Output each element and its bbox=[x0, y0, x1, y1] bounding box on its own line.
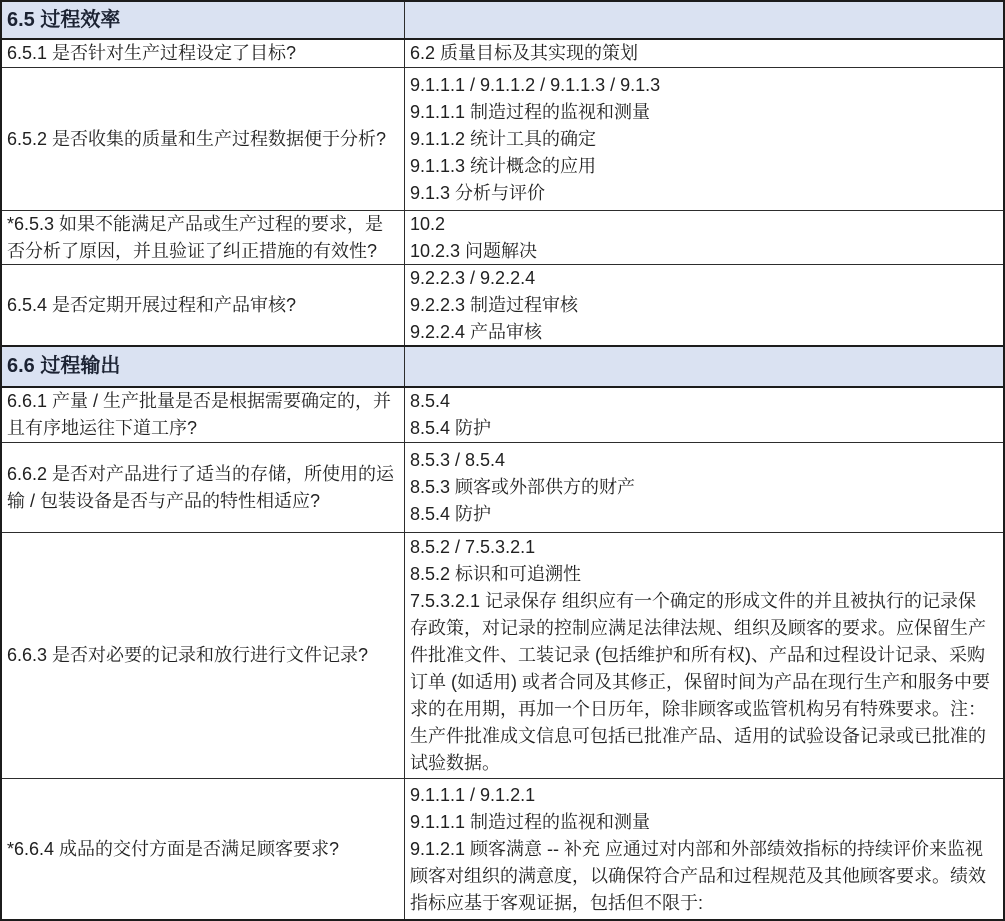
table-row-6-5-1: 6.5.1 是否针对生产过程设定了目标? 6.2 质量目标及其实现的策划 bbox=[2, 40, 1003, 67]
table-row-6-6-3: 6.6.3 是否对必要的记录和放行进行文件记录? 8.5.2 / 7.5.3.2… bbox=[2, 532, 1003, 778]
clauses-text: 8.5.2 / 7.5.3.2.1 8.5.2 标识和可追溯性 7.5.3.2.… bbox=[410, 534, 993, 777]
section-header-empty-cell bbox=[405, 2, 1003, 38]
clauses-text: 9.2.2.3 / 9.2.2.4 9.2.2.3 制造过程审核 9.2.2.4… bbox=[410, 265, 578, 345]
table-row-6-6-1: 6.6.1 产量 / 生产批量是否是根据需要确定的，并且有序地运往下道工序? 8… bbox=[2, 388, 1003, 442]
section-title: 6.5 过程效率 bbox=[7, 7, 120, 34]
question-text: *6.5.3 如果不能满足产品或生产过程的要求，是否分析了原因，并且验证了纠正措… bbox=[7, 211, 399, 264]
clauses-text: 9.1.1.1 / 9.1.2.1 9.1.1.1 制造过程的监视和测量 9.1… bbox=[410, 782, 993, 917]
audit-checklist-table: 6.5 过程效率 6.5.1 是否针对生产过程设定了目标? 6.2 质量目标及其… bbox=[0, 0, 1005, 921]
section-header-6-6: 6.6 过程输出 bbox=[2, 345, 1003, 388]
question-text: 6.5.2 是否收集的质量和生产过程数据便于分析? bbox=[7, 126, 386, 153]
question-cell: 6.5.1 是否针对生产过程设定了目标? bbox=[2, 40, 405, 67]
clauses-cell: 9.1.1.1 / 9.1.2.1 9.1.1.1 制造过程的监视和测量 9.1… bbox=[405, 779, 1003, 919]
clauses-cell: 6.2 质量目标及其实现的策划 bbox=[405, 40, 1003, 67]
clauses-text: 9.1.1.1 / 9.1.1.2 / 9.1.1.3 / 9.1.3 9.1.… bbox=[410, 72, 660, 207]
clauses-cell: 8.5.4 8.5.4 防护 bbox=[405, 388, 1003, 442]
question-cell: 6.6.3 是否对必要的记录和放行进行文件记录? bbox=[2, 533, 405, 778]
question-cell: *6.5.3 如果不能满足产品或生产过程的要求，是否分析了原因，并且验证了纠正措… bbox=[2, 211, 405, 264]
table-row-6-6-2: 6.6.2 是否对产品进行了适当的存储，所使用的运输 / 包装设备是否与产品的特… bbox=[2, 442, 1003, 532]
section-header-empty-cell bbox=[405, 347, 1003, 386]
question-cell: *6.6.4 成品的交付方面是否满足顾客要求? bbox=[2, 779, 405, 919]
question-text: 6.5.1 是否针对生产过程设定了目标? bbox=[7, 40, 296, 67]
clauses-text: 6.2 质量目标及其实现的策划 bbox=[410, 40, 638, 67]
clauses-cell: 9.1.1.1 / 9.1.1.2 / 9.1.1.3 / 9.1.3 9.1.… bbox=[405, 68, 1003, 210]
question-text: 6.6.2 是否对产品进行了适当的存储，所使用的运输 / 包装设备是否与产品的特… bbox=[7, 461, 399, 515]
question-cell: 6.5.2 是否收集的质量和生产过程数据便于分析? bbox=[2, 68, 405, 210]
question-text: 6.6.1 产量 / 生产批量是否是根据需要确定的，并且有序地运往下道工序? bbox=[7, 388, 399, 442]
clauses-text: 8.5.4 8.5.4 防护 bbox=[410, 388, 491, 442]
table-row-6-5-3: *6.5.3 如果不能满足产品或生产过程的要求，是否分析了原因，并且验证了纠正措… bbox=[2, 210, 1003, 264]
question-text: 6.6.3 是否对必要的记录和放行进行文件记录? bbox=[7, 642, 368, 669]
clauses-cell: 8.5.3 / 8.5.4 8.5.3 顾客或外部供方的财产 8.5.4 防护 bbox=[405, 443, 1003, 532]
section-header-6-5: 6.5 过程效率 bbox=[2, 2, 1003, 40]
clauses-text: 10.2 10.2.3 问题解决 bbox=[410, 211, 537, 264]
question-text: *6.6.4 成品的交付方面是否满足顾客要求? bbox=[7, 836, 339, 863]
table-row-6-5-2: 6.5.2 是否收集的质量和生产过程数据便于分析? 9.1.1.1 / 9.1.… bbox=[2, 67, 1003, 210]
question-cell: 6.5.4 是否定期开展过程和产品审核? bbox=[2, 265, 405, 345]
question-text: 6.5.4 是否定期开展过程和产品审核? bbox=[7, 292, 296, 319]
question-cell: 6.6.2 是否对产品进行了适当的存储，所使用的运输 / 包装设备是否与产品的特… bbox=[2, 443, 405, 532]
table-row-6-6-4: *6.6.4 成品的交付方面是否满足顾客要求? 9.1.1.1 / 9.1.2.… bbox=[2, 778, 1003, 919]
question-cell: 6.6.1 产量 / 生产批量是否是根据需要确定的，并且有序地运往下道工序? bbox=[2, 388, 405, 442]
clauses-cell: 8.5.2 / 7.5.3.2.1 8.5.2 标识和可追溯性 7.5.3.2.… bbox=[405, 533, 1003, 778]
clauses-cell: 9.2.2.3 / 9.2.2.4 9.2.2.3 制造过程审核 9.2.2.4… bbox=[405, 265, 1003, 345]
clauses-cell: 10.2 10.2.3 问题解决 bbox=[405, 211, 1003, 264]
section-title-cell: 6.5 过程效率 bbox=[2, 2, 405, 38]
section-title: 6.6 过程输出 bbox=[7, 353, 120, 380]
section-title-cell: 6.6 过程输出 bbox=[2, 347, 405, 386]
table-row-6-5-4: 6.5.4 是否定期开展过程和产品审核? 9.2.2.3 / 9.2.2.4 9… bbox=[2, 264, 1003, 345]
clauses-text: 8.5.3 / 8.5.4 8.5.3 顾客或外部供方的财产 8.5.4 防护 bbox=[410, 447, 635, 528]
